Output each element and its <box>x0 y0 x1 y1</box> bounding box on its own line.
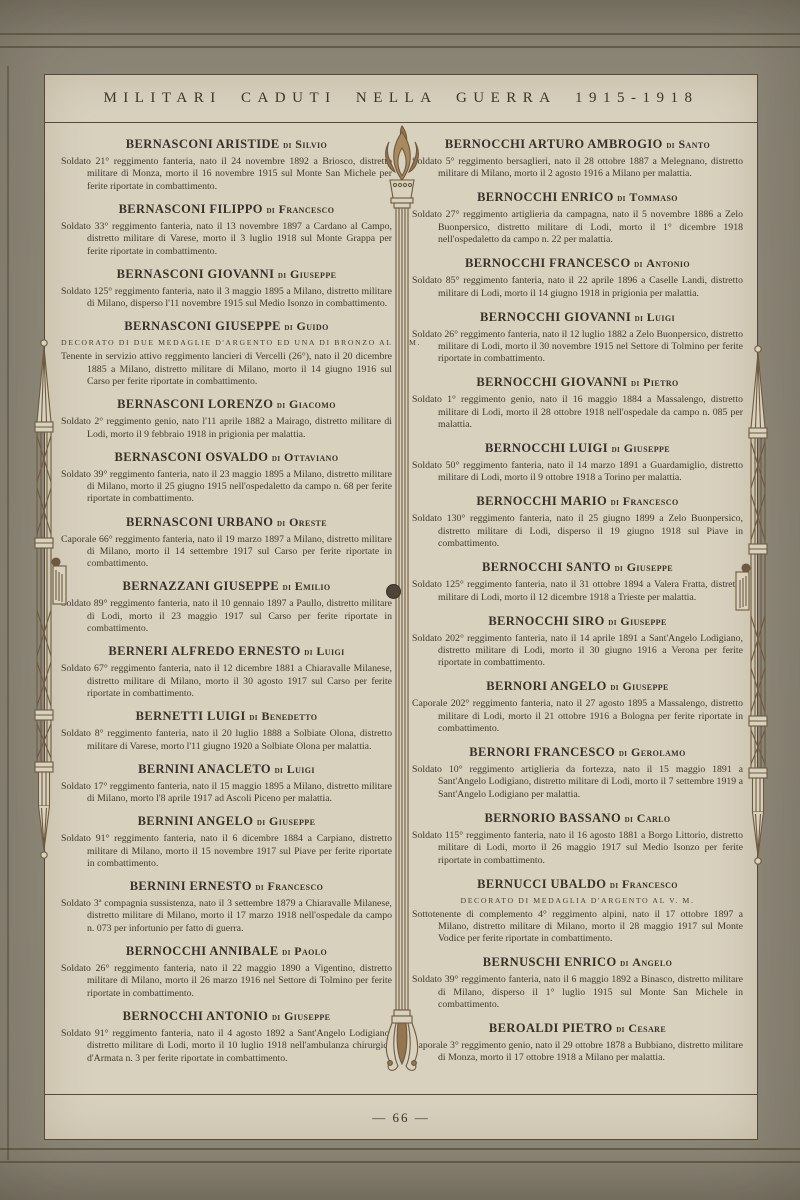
lattice-spire-right-ornament <box>734 344 782 874</box>
top-rule-inner <box>0 46 800 48</box>
soldier-name: BERNOCCHI SANTO di Giuseppe <box>412 560 743 575</box>
soldier-record: Soldato 89° reggimento fanteria, nato il… <box>61 598 392 635</box>
soldier-record: Soldato 39° reggimento fanteria, nato il… <box>412 974 743 1011</box>
medallion-ornament <box>386 584 401 599</box>
lattice-spire-left-ornament <box>20 338 68 868</box>
soldier-record: Tenente in servizio attivo reggimento la… <box>61 351 392 388</box>
soldier-name: BERNOCCHI SIRO di Giuseppe <box>412 614 743 629</box>
soldier-name: BERNINI ERNESTO di Francesco <box>61 879 392 894</box>
soldier-record: Soldato 10° reggimento artiglieria da fo… <box>412 764 743 801</box>
medal-citation: DECORATO DI MEDAGLIA D'ARGENTO AL V. M. <box>412 896 743 905</box>
left-column: BERNASCONI ARISTIDE di Silvio Soldato 21… <box>61 137 392 1065</box>
soldier-name: BERNUSCHI ENRICO di Angelo <box>412 955 743 970</box>
soldier-record: Soldato 39° reggimento fanteria, nato il… <box>61 469 392 506</box>
soldier-entry: BERNASCONI LORENZO di Giacomo Soldato 2°… <box>61 397 392 441</box>
soldier-entry: BERNINI ANGELO di Giuseppe Soldato 91° r… <box>61 814 392 870</box>
soldier-entry: BERNASCONI ARISTIDE di Silvio Soldato 21… <box>61 137 392 193</box>
bottom-rule-inner <box>0 1148 800 1150</box>
soldier-entry: BERNORI FRANCESCO di Gerolamo Soldato 10… <box>412 745 743 801</box>
soldier-record: Soldato 115° reggimento fanteria, nato i… <box>412 830 743 867</box>
soldier-name: BERNINI ANACLETO di Luigi <box>61 762 392 777</box>
soldier-entry: BERNUCCI UBALDO di Francesco DECORATO DI… <box>412 877 743 946</box>
soldier-entry: BERNASCONI GIOVANNI di Giuseppe Soldato … <box>61 267 392 311</box>
soldier-entry: BERNOCCHI SIRO di Giuseppe Soldato 202° … <box>412 614 743 670</box>
soldier-record: Soldato 91° reggimento fanteria, nato il… <box>61 1028 392 1065</box>
footer-rule <box>45 1094 757 1095</box>
soldier-name: BERNINI ANGELO di Giuseppe <box>61 814 392 829</box>
soldier-name: BERNOCCHI FRANCESCO di Antonio <box>412 256 743 271</box>
soldier-record: Soldato 50° reggimento fanteria, nato il… <box>412 460 743 485</box>
soldier-record: Soldato 33° reggimento fanteria, nato il… <box>61 221 392 258</box>
top-rule-outer <box>0 33 800 35</box>
soldier-record: Soldato 85° reggimento fanteria, nato il… <box>412 275 743 300</box>
soldier-entry: BERNOCCHI LUIGI di Giuseppe Soldato 50° … <box>412 441 743 485</box>
soldier-name: BEROALDI PIETRO di Cesare <box>412 1021 743 1036</box>
soldier-record: Caporale 3° reggimento genio, nato il 29… <box>412 1040 743 1065</box>
soldier-name: BERNOCCHI ANNIBALE di Paolo <box>61 944 392 959</box>
soldier-entry: BERNASCONI GIUSEPPE di Guido DECORATO DI… <box>61 319 392 388</box>
soldier-entry: BERNINI ERNESTO di Francesco Soldato 3ª … <box>61 879 392 935</box>
soldier-entry: BERNASCONI OSVALDO di Ottaviano Soldato … <box>61 450 392 506</box>
soldier-name: BERNASCONI FILIPPO di Francesco <box>61 202 392 217</box>
soldier-entry: BERNAZZANI GIUSEPPE di Emilio Soldato 89… <box>61 579 392 635</box>
soldier-name: BERNORIO BASSANO di Carlo <box>412 811 743 826</box>
bottom-rule-outer <box>0 1161 800 1163</box>
soldier-record: Soldato 3ª compagnia sussistenza, nato i… <box>61 898 392 935</box>
soldier-name: BERNOCCHI GIOVANNI di Luigi <box>412 310 743 325</box>
soldier-name: BERNASCONI OSVALDO di Ottaviano <box>61 450 392 465</box>
soldier-record: Soldato 125° reggimento fanteria, nato i… <box>412 579 743 604</box>
soldier-record: Soldato 26° reggimento fanteria, nato il… <box>412 329 743 366</box>
soldier-entry: BERNASCONI FILIPPO di Francesco Soldato … <box>61 202 392 258</box>
soldier-name: BERNASCONI GIOVANNI di Giuseppe <box>61 267 392 282</box>
soldier-name: BERNOCCHI ENRICO di Tommaso <box>412 190 743 205</box>
soldier-entry: BERNUSCHI ENRICO di Angelo Soldato 39° r… <box>412 955 743 1011</box>
soldier-entry: BERNOCCHI SANTO di Giuseppe Soldato 125°… <box>412 560 743 604</box>
soldier-entry: BERNOCCHI ANNIBALE di Paolo Soldato 26° … <box>61 944 392 1000</box>
soldier-entry: BERNORIO BASSANO di Carlo Soldato 115° r… <box>412 811 743 867</box>
soldier-entry: BERNERI ALFREDO ERNESTO di Luigi Soldato… <box>61 644 392 700</box>
soldier-record: Soldato 8° reggimento fanteria, nato il … <box>61 728 392 753</box>
torch-column-ornament <box>382 122 422 1074</box>
soldier-record: Sottotenente di complemento 4° reggiment… <box>412 909 743 946</box>
soldier-record: Soldato 125° reggimento fanteria, nato i… <box>61 286 392 311</box>
soldier-name: BERNUCCI UBALDO di Francesco <box>412 877 743 892</box>
soldier-name: BERNOCCHI ANTONIO di Giuseppe <box>61 1009 392 1024</box>
soldier-record: Soldato 202° reggimento fanteria, nato i… <box>412 633 743 670</box>
soldier-name: BERNORI ANGELO di Giuseppe <box>412 679 743 694</box>
right-column: BERNOCCHI ARTURO AMBROGIO di Santo Solda… <box>412 137 743 1065</box>
soldier-name: BERNOCCHI LUIGI di Giuseppe <box>412 441 743 456</box>
soldier-name: BERNASCONI URBANO di Oreste <box>61 515 392 530</box>
soldier-name: BERNERI ALFREDO ERNESTO di Luigi <box>61 644 392 659</box>
soldier-record: Soldato 91° reggimento fanteria, nato il… <box>61 833 392 870</box>
page-number: — 66 — <box>45 1110 757 1126</box>
soldier-name: BERNOCCHI GIOVANNI di Pietro <box>412 375 743 390</box>
soldier-name: BERNASCONI GIUSEPPE di Guido <box>61 319 392 334</box>
soldier-name: BERNAZZANI GIUSEPPE di Emilio <box>61 579 392 594</box>
soldier-entry: BEROALDI PIETRO di Cesare Caporale 3° re… <box>412 1021 743 1065</box>
soldier-record: Soldato 130° reggimento fanteria, nato i… <box>412 513 743 550</box>
soldier-name: BERNOCCHI ARTURO AMBROGIO di Santo <box>412 137 743 152</box>
soldier-record: Soldato 27° reggimento artiglieria da ca… <box>412 209 743 246</box>
soldier-entry: BERNOCCHI ARTURO AMBROGIO di Santo Solda… <box>412 137 743 181</box>
soldier-record: Caporale 66° reggimento fanteria, nato i… <box>61 534 392 571</box>
soldier-name: BERNETTI LUIGI di Benedetto <box>61 709 392 724</box>
soldier-record: Soldato 1° reggimento genio, nato il 16 … <box>412 394 743 431</box>
soldier-record: Soldato 2° reggimento genio, nato l'11 a… <box>61 416 392 441</box>
soldier-record: Soldato 17° reggimento fanteria, nato il… <box>61 781 392 806</box>
soldier-entry: BERNASCONI URBANO di Oreste Caporale 66°… <box>61 515 392 571</box>
soldier-name: BERNOCCHI MARIO di Francesco <box>412 494 743 509</box>
photo-background: MILITARI CADUTI NELLA GUERRA 1915-1918 B… <box>0 0 800 1200</box>
soldier-name: BERNASCONI LORENZO di Giacomo <box>61 397 392 412</box>
soldier-entry: BERNOCCHI GIOVANNI di Pietro Soldato 1° … <box>412 375 743 431</box>
soldier-entry: BERNOCCHI ENRICO di Tommaso Soldato 27° … <box>412 190 743 246</box>
soldier-entry: BERNOCCHI MARIO di Francesco Soldato 130… <box>412 494 743 550</box>
soldier-name: BERNASCONI ARISTIDE di Silvio <box>61 137 392 152</box>
page-edge-shadow <box>7 66 9 1160</box>
soldier-name: BERNORI FRANCESCO di Gerolamo <box>412 745 743 760</box>
soldier-record: Soldato 67° reggimento fanteria, nato il… <box>61 663 392 700</box>
page-title: MILITARI CADUTI NELLA GUERRA 1915-1918 <box>103 90 698 107</box>
soldier-record: Soldato 26° reggimento fanteria, nato il… <box>61 963 392 1000</box>
soldier-record: Soldato 21° reggimento fanteria, nato il… <box>61 156 392 193</box>
soldier-entry: BERNORI ANGELO di Giuseppe Caporale 202°… <box>412 679 743 735</box>
soldier-entry: BERNOCCHI GIOVANNI di Luigi Soldato 26° … <box>412 310 743 366</box>
title-band: MILITARI CADUTI NELLA GUERRA 1915-1918 <box>45 75 757 123</box>
soldier-record: Caporale 202° reggimento fanteria, nato … <box>412 698 743 735</box>
medal-citation: DECORATO DI DUE MEDAGLIE D'ARGENTO ED UN… <box>61 338 392 347</box>
soldier-record: Soldato 5° reggimento bersaglieri, nato … <box>412 156 743 181</box>
soldier-entry: BERNOCCHI ANTONIO di Giuseppe Soldato 91… <box>61 1009 392 1065</box>
soldier-entry: BERNETTI LUIGI di Benedetto Soldato 8° r… <box>61 709 392 753</box>
soldier-entry: BERNINI ANACLETO di Luigi Soldato 17° re… <box>61 762 392 806</box>
soldier-entry: BERNOCCHI FRANCESCO di Antonio Soldato 8… <box>412 256 743 300</box>
